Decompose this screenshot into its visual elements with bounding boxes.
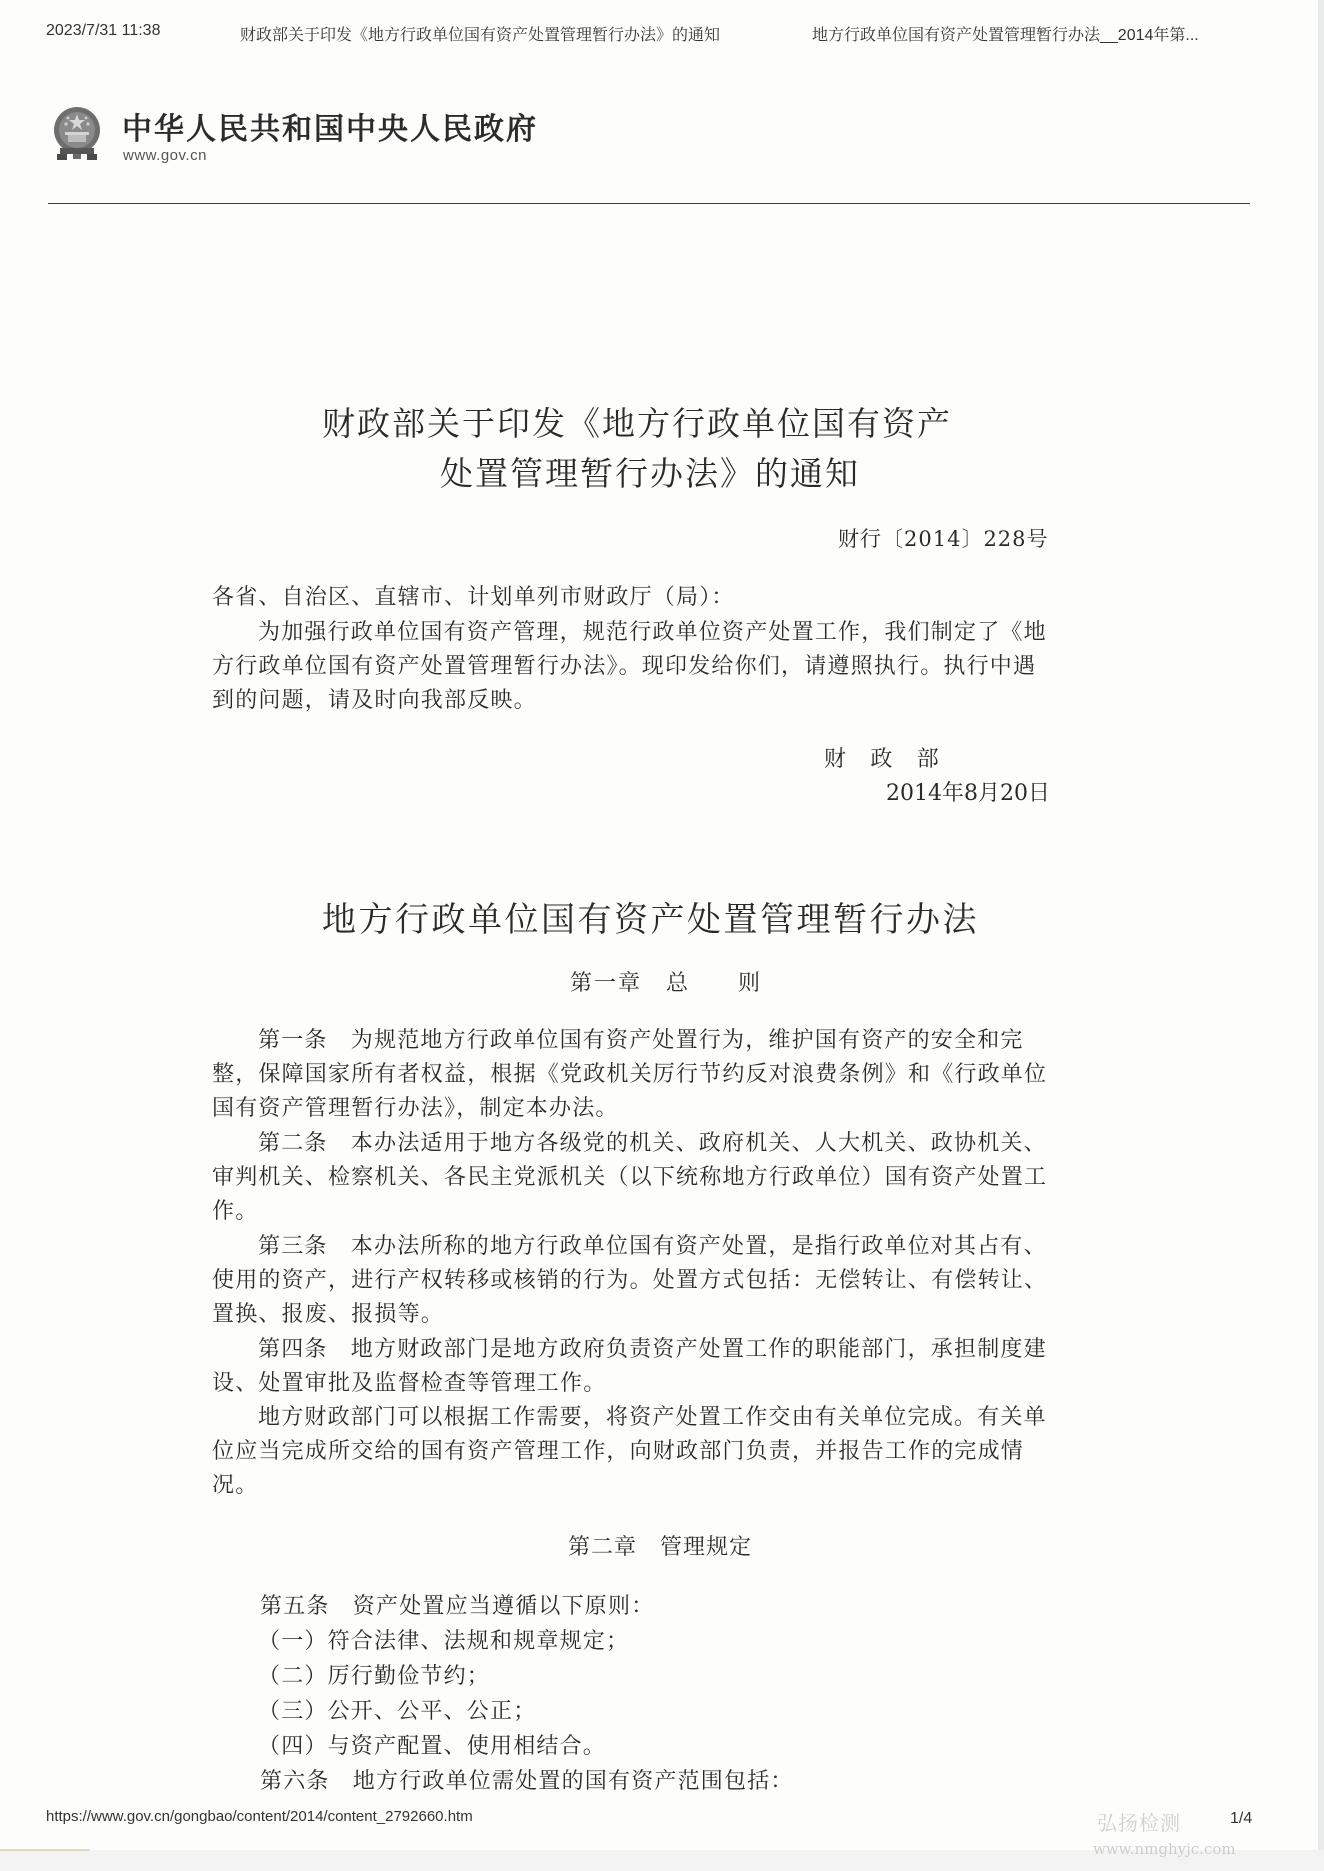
- article-line: 地方财政部门可以根据工作需要，将资产处置工作交由有关单位完成。有关单: [258, 1400, 1047, 1431]
- principle-item: （三）公开、公平、公正；: [258, 1694, 536, 1725]
- notice-title-line1: 财政部关于印发《地方行政单位国有资产: [322, 398, 952, 445]
- print-page-title: 财政部关于印发《地方行政单位国有资产处置管理暂行办法》的通知: [240, 22, 720, 45]
- notice-body-line: 到的问题，请及时向我部反映。: [212, 683, 537, 714]
- print-datetime: 2023/7/31 11:38: [46, 22, 160, 40]
- masthead-divider: [48, 203, 1250, 204]
- bottom-rule: [0, 1849, 90, 1851]
- article-line: 国有资产管理暂行办法》，制定本办法。: [212, 1091, 619, 1122]
- article-line: 位应当完成所交给的国有资产管理工作，向财政部门负责，并报告工作的完成情: [212, 1434, 1024, 1465]
- chapter-heading: 第二章 管理规定: [568, 1530, 752, 1561]
- article-line: 第六条 地方行政单位需处置的国有资产范围包括：: [260, 1764, 794, 1795]
- article-line: 审判机关、检察机关、各民主党派机关（以下统称地方行政单位）国有资产处置工: [212, 1160, 1047, 1191]
- national-emblem-icon: [51, 104, 103, 162]
- masthead: 中华人民共和国中央人民政府 www.gov.cn: [48, 100, 1248, 205]
- print-tab-title: 地方行政单位国有资产处置管理暂行办法__2014年第...: [812, 22, 1199, 45]
- watermark-text: 弘扬检测: [1097, 1807, 1181, 1836]
- watermark-url: www.nmghyjc.com: [1093, 1840, 1236, 1858]
- article-line: 作。: [212, 1194, 258, 1225]
- article-line: 第五条 资产处置应当遵循以下原则：: [260, 1589, 654, 1620]
- article-line: 第三条 本办法所称的地方行政单位国有资产处置，是指行政单位对其占有、: [258, 1229, 1047, 1260]
- article-line: 第四条 地方财政部门是地方政府负责资产处置工作的职能部门，承担制度建: [258, 1332, 1047, 1363]
- page-indicator: 1/4: [1230, 1810, 1252, 1828]
- article-line: 设、处置审批及监督检查等管理工作。: [212, 1366, 606, 1397]
- notice-body-line: 为加强行政单位国有资产管理，规范行政单位资产处置工作，我们制定了《地: [258, 615, 1047, 646]
- principle-item: （四）与资产配置、使用相结合。: [258, 1729, 606, 1760]
- chapter-heading: 第一章 总 则: [570, 966, 762, 997]
- notice-title-line2: 处置管理暂行办法》的通知: [440, 448, 860, 495]
- principle-item: （二）厉行勤俭节约；: [258, 1659, 490, 1690]
- article-line: 使用的资产，进行产权转移或核销的行为。处置方式包括：无偿转让、有偿转让、: [212, 1263, 1047, 1294]
- article-line: 第一条 为规范地方行政单位国有资产处置行为，维护国有资产的安全和完: [258, 1023, 1024, 1054]
- site-url: www.gov.cn: [123, 147, 207, 164]
- article-line: 况。: [212, 1468, 258, 1499]
- principle-item: （一）符合法律、法规和规章规定；: [258, 1624, 629, 1655]
- article-line: 第二条 本办法适用于地方各级党的机关、政府机关、人大机关、政协机关、: [258, 1126, 1047, 1157]
- notice-body-line: 方行政单位国有资产处置管理暂行办法》。现印发给你们，请遵照执行。执行中遇: [212, 649, 1036, 680]
- footer-url: https://www.gov.cn/gongbao/content/2014/…: [46, 1808, 473, 1825]
- site-name: 中华人民共和国中央人民政府: [122, 104, 538, 148]
- document-number: 财行〔2014〕228号: [838, 523, 1049, 553]
- regulation-title: 地方行政单位国有资产处置管理暂行办法: [322, 892, 979, 941]
- addressee: 各省、自治区、直辖市、计划单列市财政厅（局）：: [212, 580, 735, 611]
- page-edge: [1318, 0, 1324, 1850]
- article-line: 置换、报废、报损等。: [212, 1297, 444, 1328]
- print-header: 2023/7/31 11:38 财政部关于印发《地方行政单位国有资产处置管理暂行…: [0, 22, 1324, 52]
- signature: 财 政 部: [824, 742, 940, 773]
- article-line: 整，保障国家所有者权益，根据《党政机关厉行节约反对浪费条例》和《行政单位: [212, 1057, 1047, 1088]
- notice-date: 2014年8月20日: [886, 776, 1050, 807]
